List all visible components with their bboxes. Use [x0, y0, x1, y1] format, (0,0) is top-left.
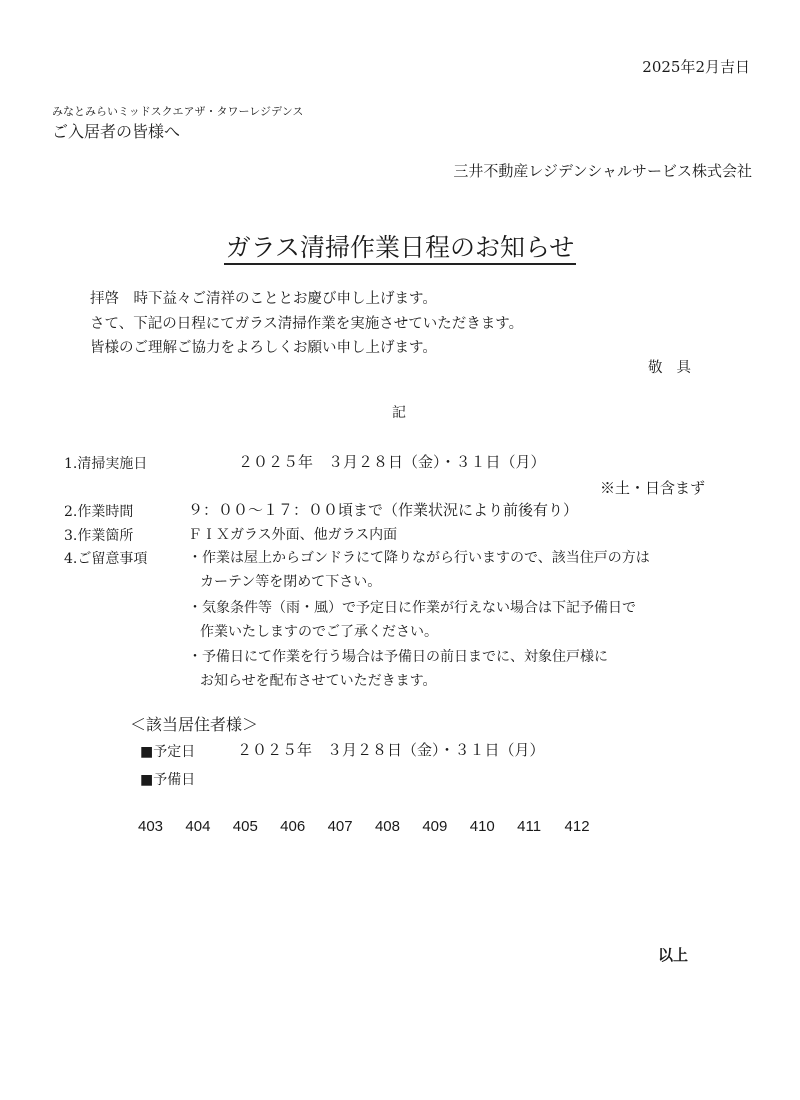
item-4-label: 4.ご留意事項 — [64, 548, 147, 568]
reserve-label: ■予備日 — [140, 769, 195, 789]
unit-number: 409 — [422, 818, 469, 835]
unit-number: 404 — [185, 818, 232, 835]
document-title-text: ガラス清掃作業日程のお知らせ — [224, 233, 577, 265]
issue-date: 2025年2月吉日 — [642, 56, 750, 77]
ki-marker: 記 — [392, 402, 406, 422]
unit-number: 405 — [233, 818, 280, 835]
unit-number: 412 — [565, 818, 612, 835]
sender-company: 三井不動産レジデンシャルサービス株式会社 — [453, 160, 752, 181]
unit-number: 410 — [470, 818, 517, 835]
addressee: ご入居者の皆様へ — [52, 119, 180, 142]
item-1-label: 1.清掃実施日 — [64, 453, 147, 473]
building-name: みなとみらいミッドスクエアザ・タワーレジデンス — [52, 103, 303, 119]
item-1-note: ※土・日含まず — [600, 477, 705, 498]
unit-number: 408 — [375, 818, 422, 835]
item-3-value: ＦＩＸガラス外面、他ガラス内面 — [188, 524, 397, 544]
unit-number: 406 — [280, 818, 327, 835]
notice-bullet-2-line-2: 作業いたしますのでご了承ください。 — [200, 621, 438, 641]
notice-bullet-1-line-2: カーテン等を閉めて下さい。 — [200, 571, 381, 591]
scheduled-label: ■予定日 — [140, 741, 195, 761]
greeting-line-2: さて、下記の日程にてガラス清掃作業を実施させていただきます。 — [90, 312, 523, 333]
closing-phrase: 敬具 — [648, 356, 705, 377]
item-1-value: ２０２５年 ３月２８日（金）・３１日（月） — [238, 451, 546, 472]
item-2-value: ９：００～１７：００頃まで（作業状況により前後有り） — [188, 499, 578, 520]
notice-bullet-3-line-1: ・予備日にて作業を行う場合は予備日の前日までに、対象住戸様に — [188, 646, 608, 666]
notice-bullet-3-line-2: お知らせを配布させていただきます。 — [200, 670, 436, 690]
notice-bullet-1-line-1: ・作業は屋上からゴンドラにて降りながら行いますので、該当住戸の方は — [188, 547, 650, 567]
greeting-line-3: 皆様のご理解ご協力をよろしくお願い申し上げます。 — [90, 336, 437, 357]
residents-heading: ＜該当居住者様＞ — [130, 712, 258, 735]
unit-list: 403 404 405 406 407 408 409 410 411 412 — [138, 818, 612, 835]
unit-number: 411 — [517, 818, 564, 835]
scheduled-value: ２０２５年 ３月２８日（金）・３１日（月） — [237, 739, 545, 760]
end-mark: 以上 — [658, 944, 688, 965]
greeting-line-1: 拝啓 時下益々ご清祥のこととお慶び申し上げます。 — [90, 287, 437, 308]
notice-bullet-2-line-1: ・気象条件等（雨・風）で予定日に作業が行えない場合は下記予備日で — [188, 597, 636, 617]
unit-number: 403 — [138, 818, 185, 835]
document-title: ガラス清掃作業日程のお知らせ — [0, 228, 800, 264]
item-3-label: 3.作業箇所 — [64, 525, 133, 545]
unit-number: 407 — [328, 818, 375, 835]
item-2-label: 2.作業時間 — [64, 501, 133, 521]
